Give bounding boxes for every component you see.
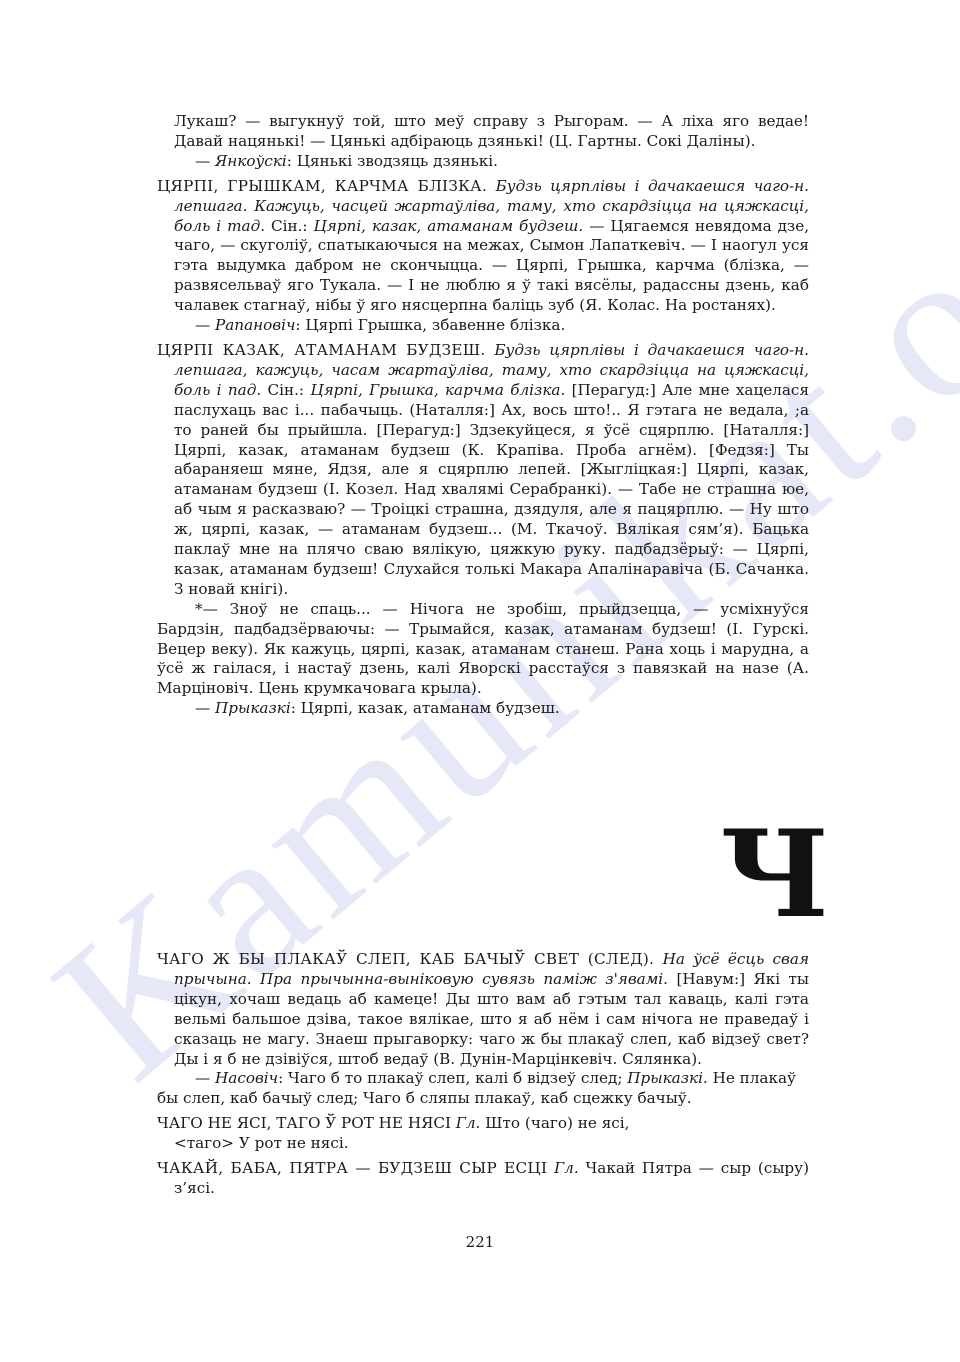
page-number: 221 bbox=[0, 1233, 960, 1251]
cross-ref-label: Гл. bbox=[456, 1114, 481, 1132]
synonym: Цярпі, Грышка, карчма блізка. bbox=[310, 381, 565, 399]
entry-chaho-zh-by: ЧАГО Ж БЫ ПЛАКАЎ СЛЕП, КАБ БАЧЫЎ СВЕТ (С… bbox=[157, 950, 809, 1069]
section-letter: Ч bbox=[720, 815, 830, 935]
synonym: Цярпі, казак, атаманам будзеш. bbox=[314, 217, 584, 235]
continuation-text: Лукаш? — выгукнуў той, што меў справу з … bbox=[157, 112, 809, 152]
source-note: — Янкоўскі: Цянькі зводзяць дзянькі. bbox=[157, 152, 809, 172]
note-author: Рапановіч bbox=[215, 316, 295, 334]
entry-tsyarpi-kazak: ЦЯРПІ КАЗАК, АТАМАНАМ БУДЗЕШ. Будзь цярп… bbox=[157, 341, 809, 600]
note-author: Янкоўскі bbox=[215, 152, 287, 170]
note-author: Прыказкі bbox=[215, 699, 291, 717]
entry-chakai-baba: ЧАКАЙ, БАБА, ПЯТРА — БУДЗЕШ СЫР ЕСЦІ Гл.… bbox=[157, 1159, 809, 1199]
entry-tsyarpi-hryshkam: ЦЯРПІ, ГРЫШКАМ, КАРЧМА БЛІЗКА. Будзь цяр… bbox=[157, 177, 809, 316]
headword: ЦЯРПІ КАЗАК, АТАМАНАМ БУДЗЕШ. bbox=[157, 341, 486, 359]
quote-paragraph: *— Зноў не спаць... — Нічога не зробіш, … bbox=[157, 600, 809, 700]
headword: ЧАКАЙ, БАБА, ПЯТРА — БУДЗЕШ СЫР ЕСЦІ bbox=[157, 1159, 547, 1177]
page-lower: ЧАГО Ж БЫ ПЛАКАЎ СЛЕП, КАБ БАЧЫЎ СВЕТ (С… bbox=[157, 945, 809, 1199]
note-author: Насовіч bbox=[215, 1069, 278, 1087]
page-upper: Лукаш? — выгукнуў той, што меў справу з … bbox=[157, 112, 809, 719]
source-note: — Прыказкі: Цярпі, казак, атаманам будзе… bbox=[157, 699, 809, 719]
source-note: — Насовіч: Чаго б то плакаў слеп, калі б… bbox=[157, 1069, 809, 1109]
headword: ЧАГО Ж БЫ ПЛАКАЎ СЛЕП, КАБ БАЧЫЎ СВЕТ (С… bbox=[157, 950, 654, 968]
headword: ЦЯРПІ, ГРЫШКАМ, КАРЧМА БЛІЗКА. bbox=[157, 177, 487, 195]
headword: ЧАГО НЕ ЯСІ, ТАГО Ў РОТ НЕ НЯСІ bbox=[157, 1114, 451, 1132]
source-note: — Рапановіч: Цярпі Грышка, збавенне бліз… bbox=[157, 316, 809, 336]
examples: [Перагуд:] Але мне хацелася паслухаць ва… bbox=[174, 381, 809, 598]
cross-ref-label: Гл. bbox=[554, 1159, 579, 1177]
entry-chaho-ne-yasi: ЧАГО НЕ ЯСІ, ТАГО Ў РОТ НЕ НЯСІ Гл. Што … bbox=[157, 1114, 809, 1154]
